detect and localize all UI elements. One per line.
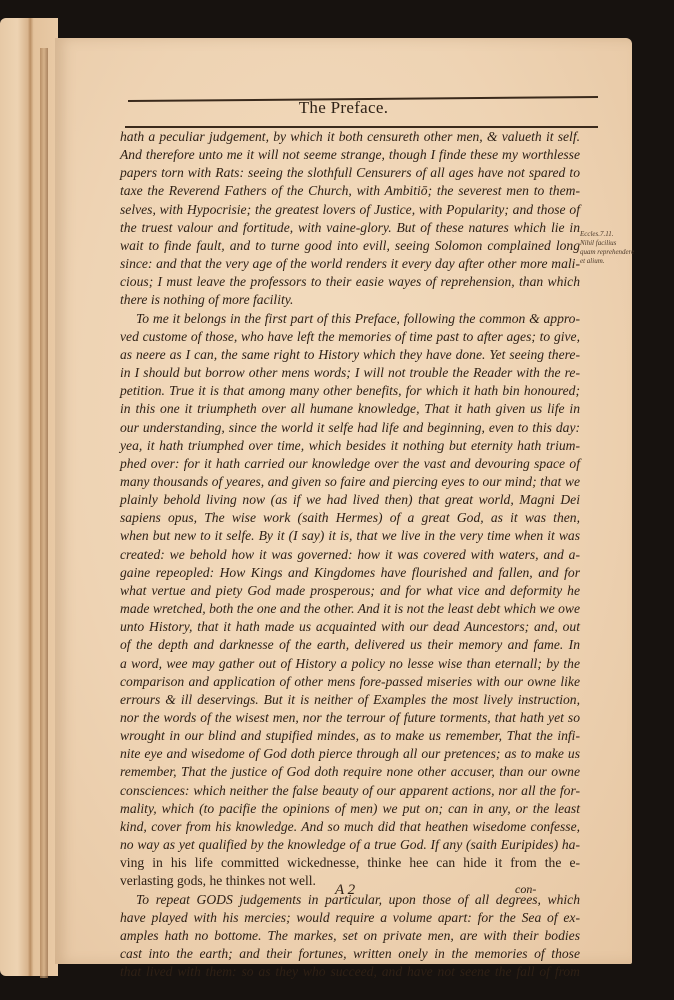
text-line: nite eye and wisedome of God doth pierce…	[120, 745, 580, 763]
text-line: in this one it triumpheth over all human…	[120, 400, 580, 418]
text-line: the truest valour and fortitude, with va…	[120, 219, 580, 237]
text-line: many thousands of yeares, and given so f…	[120, 473, 580, 491]
margin-note-line: quam reprehendere	[580, 248, 636, 257]
margin-note-line: Nihil facilius	[580, 239, 636, 248]
text-line: amples hath no bottome. The markes, set …	[120, 927, 580, 945]
text-line: ved custome of those, who have left the …	[120, 328, 580, 346]
text-line: sapiens opus, The wise work (saith Herme…	[120, 509, 580, 527]
text-line: comparison and application of other mens…	[120, 673, 580, 691]
text-line: kind, cover from his knowledge. And so m…	[120, 818, 580, 836]
text-line: when but new to it selfe. By it (I say) …	[120, 527, 580, 545]
text-line: a word, wee may gather out of History a …	[120, 655, 580, 673]
text-line: hath a peculiar judgement, by which it b…	[120, 128, 580, 146]
text-line: made wretched, both the one and the othe…	[120, 600, 580, 618]
text-line: as neere as I can, the same right to His…	[120, 346, 580, 364]
text-line: created: we behold how it was governed: …	[120, 546, 580, 564]
text-line: of the depth and darknesse of the earth,…	[120, 636, 580, 654]
text-line: ving in his life committed wickednesse, …	[120, 854, 580, 872]
text-line: our understanding, since the world it se…	[120, 419, 580, 437]
text-line: gaine repeopled: How Kings and Kingdomes…	[120, 564, 580, 582]
text-line: cast into the earth; and their fortunes,…	[120, 945, 580, 963]
text-line: nor the words of the wisest men, nor the…	[120, 709, 580, 727]
text-line: phed over: for it hath carried our knowl…	[120, 455, 580, 473]
book-binding-left	[0, 18, 58, 976]
text-line: papers torn with Rats: seeing the slothf…	[120, 164, 580, 182]
text-line: since: and that the very age of the worl…	[120, 255, 580, 273]
binding-spine-edge	[40, 48, 48, 978]
text-line: there is nothing of more facility.	[120, 291, 580, 309]
text-line: petition. True it is that among many oth…	[120, 382, 580, 400]
text-line: unto History, that it hath made us acqua…	[120, 618, 580, 636]
text-line: remember, That the justice of God doth r…	[120, 763, 580, 781]
text-line: have played with his mercies; would requ…	[120, 909, 580, 927]
text-line: yea, it hath triumphed over time, which …	[120, 437, 580, 455]
catchword: con-	[515, 882, 536, 897]
text-line: selves, with Hypocrisie; the greatest lo…	[120, 201, 580, 219]
text-line: To me it belongs in the first part of th…	[120, 310, 580, 328]
margin-note-line: Eccles.7.11.	[580, 230, 636, 239]
text-line: And therefore unto me it will not seeme …	[120, 146, 580, 164]
text-line: taxe the Reverend Fathers of the Church,…	[120, 182, 580, 200]
margin-note-line: et alium.	[580, 257, 636, 266]
margin-note: Eccles.7.11.Nihil faciliusquam reprehend…	[580, 230, 636, 266]
text-line: wrought in our blind and stupified minde…	[120, 727, 580, 745]
text-line: no way as yet qualified by the knowledge…	[120, 836, 580, 854]
text-line: cious; I must leave the professors to th…	[120, 273, 580, 291]
text-line: mality, which (to pacifie the opinions o…	[120, 800, 580, 818]
text-line: errours & ill deservings. But it is neit…	[120, 691, 580, 709]
text-line: wait to finde fault, and to turne good i…	[120, 237, 580, 255]
running-head: The Preface.	[55, 98, 632, 118]
signature-mark: A 2	[335, 882, 355, 899]
text-line: what vertue and piety God made prosperou…	[120, 582, 580, 600]
text-line: in I should but borrow other mens words;…	[120, 364, 580, 382]
text-line: consciences: which neither the false bea…	[120, 782, 580, 800]
text-line: that lived with them: so as they who suc…	[120, 963, 580, 981]
text-line: plainly behold living now (as if we had …	[120, 491, 580, 509]
preface-body-text: hath a peculiar judgement, by which it b…	[120, 128, 580, 981]
